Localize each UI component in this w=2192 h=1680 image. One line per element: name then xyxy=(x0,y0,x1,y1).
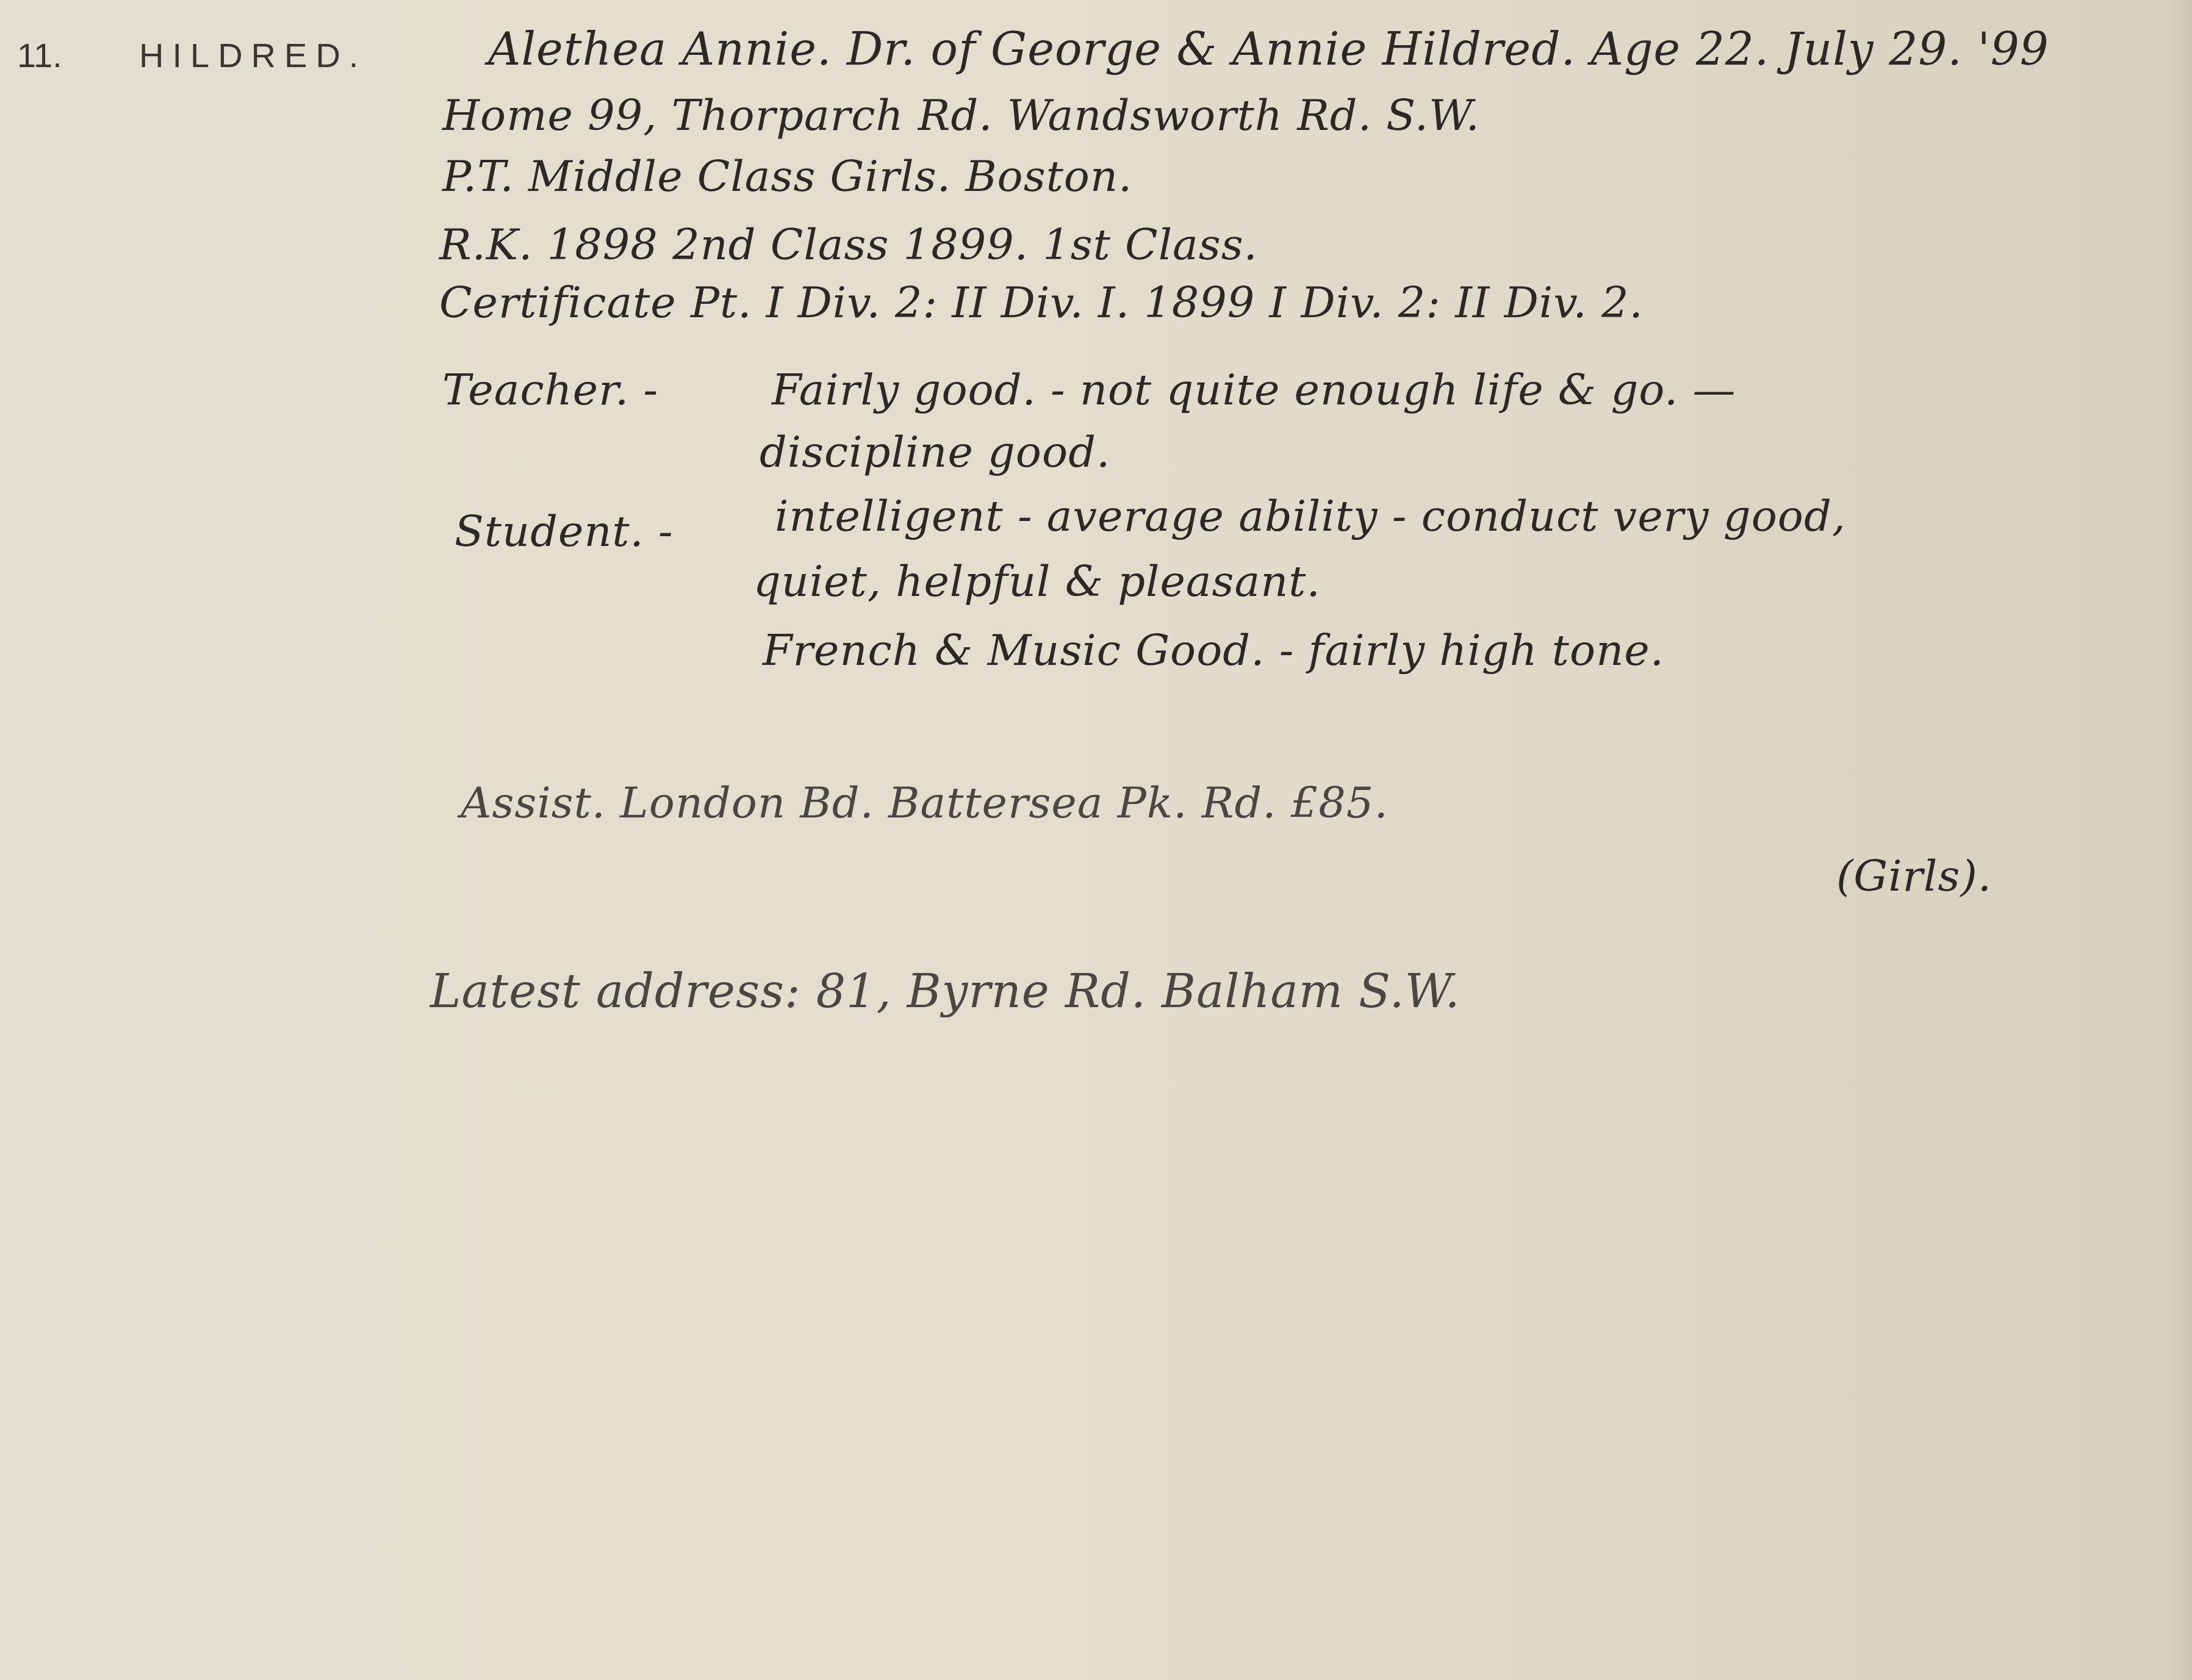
teacher-remarks-line-2: discipline good. xyxy=(760,427,1110,477)
student-remarks-line-1: intelligent - average ability - conduct … xyxy=(775,491,1846,541)
page-edge-shadow xyxy=(2168,0,2192,1680)
surname: HILDRED. xyxy=(139,35,367,75)
rk-class-record: R.K. 1898 2nd Class 1899. 1st Class. xyxy=(439,220,1258,270)
latest-address: Latest address: 81, Byrne Rd. Balham S.W… xyxy=(430,964,1461,1018)
entry-number: 11. xyxy=(17,35,62,75)
home-address: Home 99, Thorparch Rd. Wandsworth Rd. S.… xyxy=(442,90,1480,140)
teacher-remarks-line-1: Fairly good. - not quite enough life & g… xyxy=(772,365,1736,415)
student-remarks-line-2: quiet, helpful & pleasant. xyxy=(753,556,1321,606)
appointment: Assist. London Bd. Battersea Pk. Rd. £85… xyxy=(461,778,1389,828)
name-parents-age-date: Alethea Annie. Dr. of George & Annie Hil… xyxy=(488,23,2049,76)
student-remarks-line-3: French & Music Good. - fairly high tone. xyxy=(763,625,1664,675)
teacher-label: Teacher. - xyxy=(442,365,658,415)
appointment-note: (Girls). xyxy=(1836,851,1992,901)
student-label: Student. - xyxy=(455,506,674,556)
register-page: 11. HILDRED. Alethea Annie. Dr. of Georg… xyxy=(0,0,2192,1680)
pupil-teacher-school: P.T. Middle Class Girls. Boston. xyxy=(442,151,1132,201)
certificate-record: Certificate Pt. I Div. 2: II Div. I. 189… xyxy=(439,278,1644,328)
